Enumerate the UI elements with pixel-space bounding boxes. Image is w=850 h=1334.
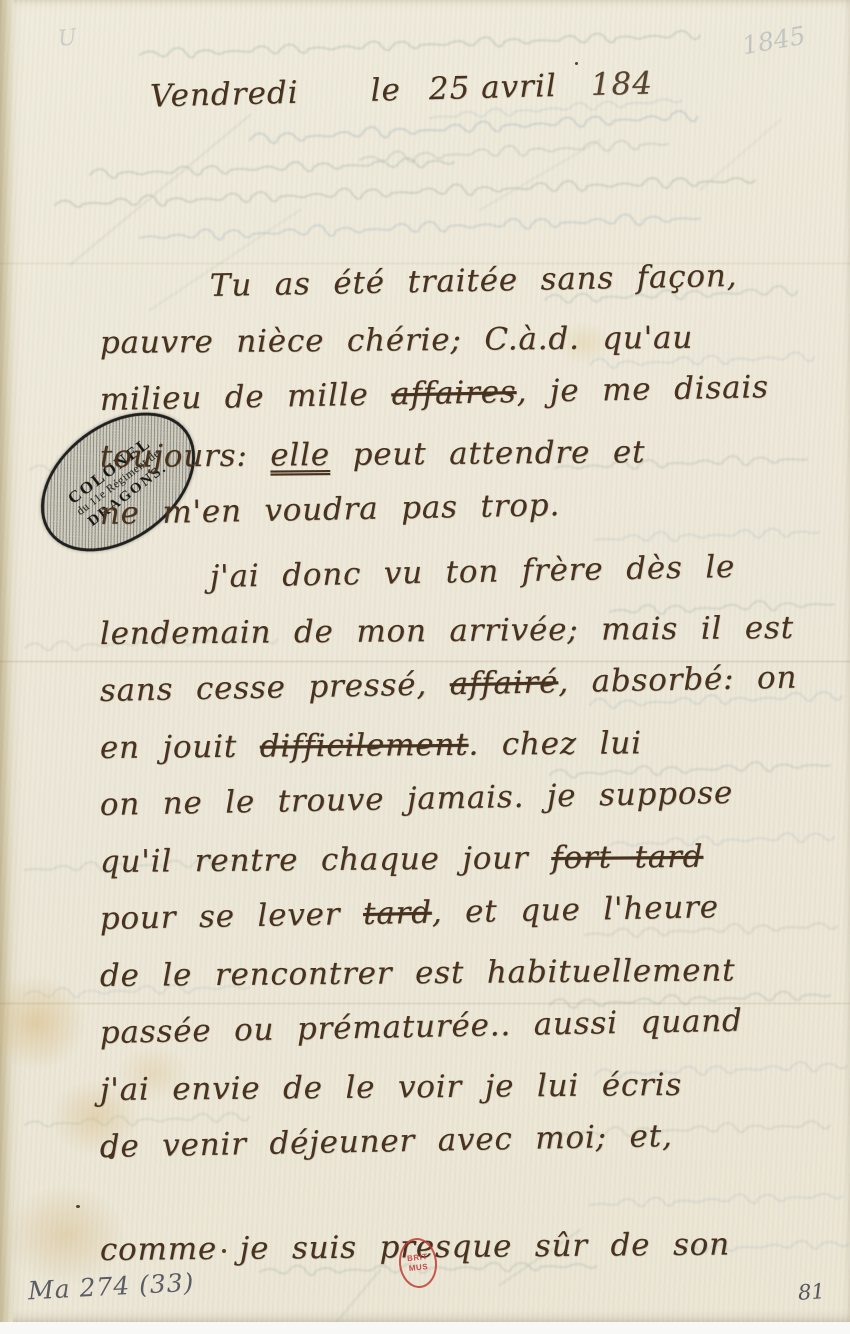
letter-paragraph: Tu as été traitée sans façon,pauvre nièc…	[100, 268, 830, 553]
pencil-page-number: 81	[797, 1279, 825, 1305]
date-word: Vendredi	[150, 75, 300, 115]
letter-text-segment: pour se lever	[99, 896, 363, 937]
letter-text-segment: j'ai donc vu ton frère dès le	[209, 549, 735, 595]
date-word: 184	[590, 65, 653, 103]
manuscript-scan: U 1845 Vendredile25 avril184 COLONEL du …	[0, 0, 850, 1334]
letter-text-segment: j'ai envie de le voir je lui écris	[100, 1067, 683, 1108]
letter-line: Tu as été traitée sans façon,	[209, 256, 830, 325]
letter-text-segment: difficilement	[260, 727, 469, 765]
letter-text-segment: pauvre nièce chérie; C.à.d. qu'au	[100, 320, 693, 361]
letter-line: j'ai donc vu ton frère dès le	[209, 547, 830, 616]
letter-text-segment: milieu de mille	[99, 376, 391, 418]
date-word: le	[370, 72, 401, 109]
letter-text-segment: en jouit	[100, 729, 260, 766]
paper: U 1845 Vendredile25 avril184 COLONEL du …	[0, 0, 850, 1322]
letter-text-segment: , absorbé: on	[558, 660, 798, 701]
letter-text-segment: affaires	[391, 374, 517, 412]
letter-text-segment: qu'il rentre chaque jour	[100, 840, 552, 880]
letter-text-segment: de le rencontrer est habituellement	[100, 952, 736, 994]
letter-text-segment: . chez lui	[468, 725, 642, 763]
ink-speck	[575, 62, 578, 65]
letter-text-segment: ne m'en voudra pas trop.	[99, 487, 560, 532]
letter-line: comme je suis presque sûr de son	[100, 1226, 830, 1289]
letter-text-segment: affairé	[449, 664, 558, 702]
letter-text-segment: , je me disais	[516, 369, 769, 410]
letter-text-segment: , et que l'heure	[431, 889, 719, 931]
letter-text-segment: toujours:	[100, 438, 271, 475]
pencil-annotation-top-left: U	[57, 25, 78, 52]
letter-text-segment: tard	[363, 895, 432, 932]
letter-text-segment: sans cesse pressé,	[99, 666, 450, 709]
date-word: 25 avril	[428, 68, 557, 107]
letter-text-segment: peut attendre et	[330, 434, 646, 473]
letter-body: Tu as été traitée sans façon,pauvre nièc…	[100, 268, 830, 1289]
letter-paragraph: j'ai donc vu ton frère dès lelendemain d…	[100, 559, 830, 1289]
library-stamp-line: MUS	[408, 1262, 428, 1274]
letter-text-segment: lendemain de mon arrivée; mais il est	[100, 610, 794, 652]
letter-text-segment: elle	[270, 437, 330, 474]
ink-speck	[76, 1205, 80, 1208]
letter-text-segment: fort tard	[551, 839, 703, 876]
